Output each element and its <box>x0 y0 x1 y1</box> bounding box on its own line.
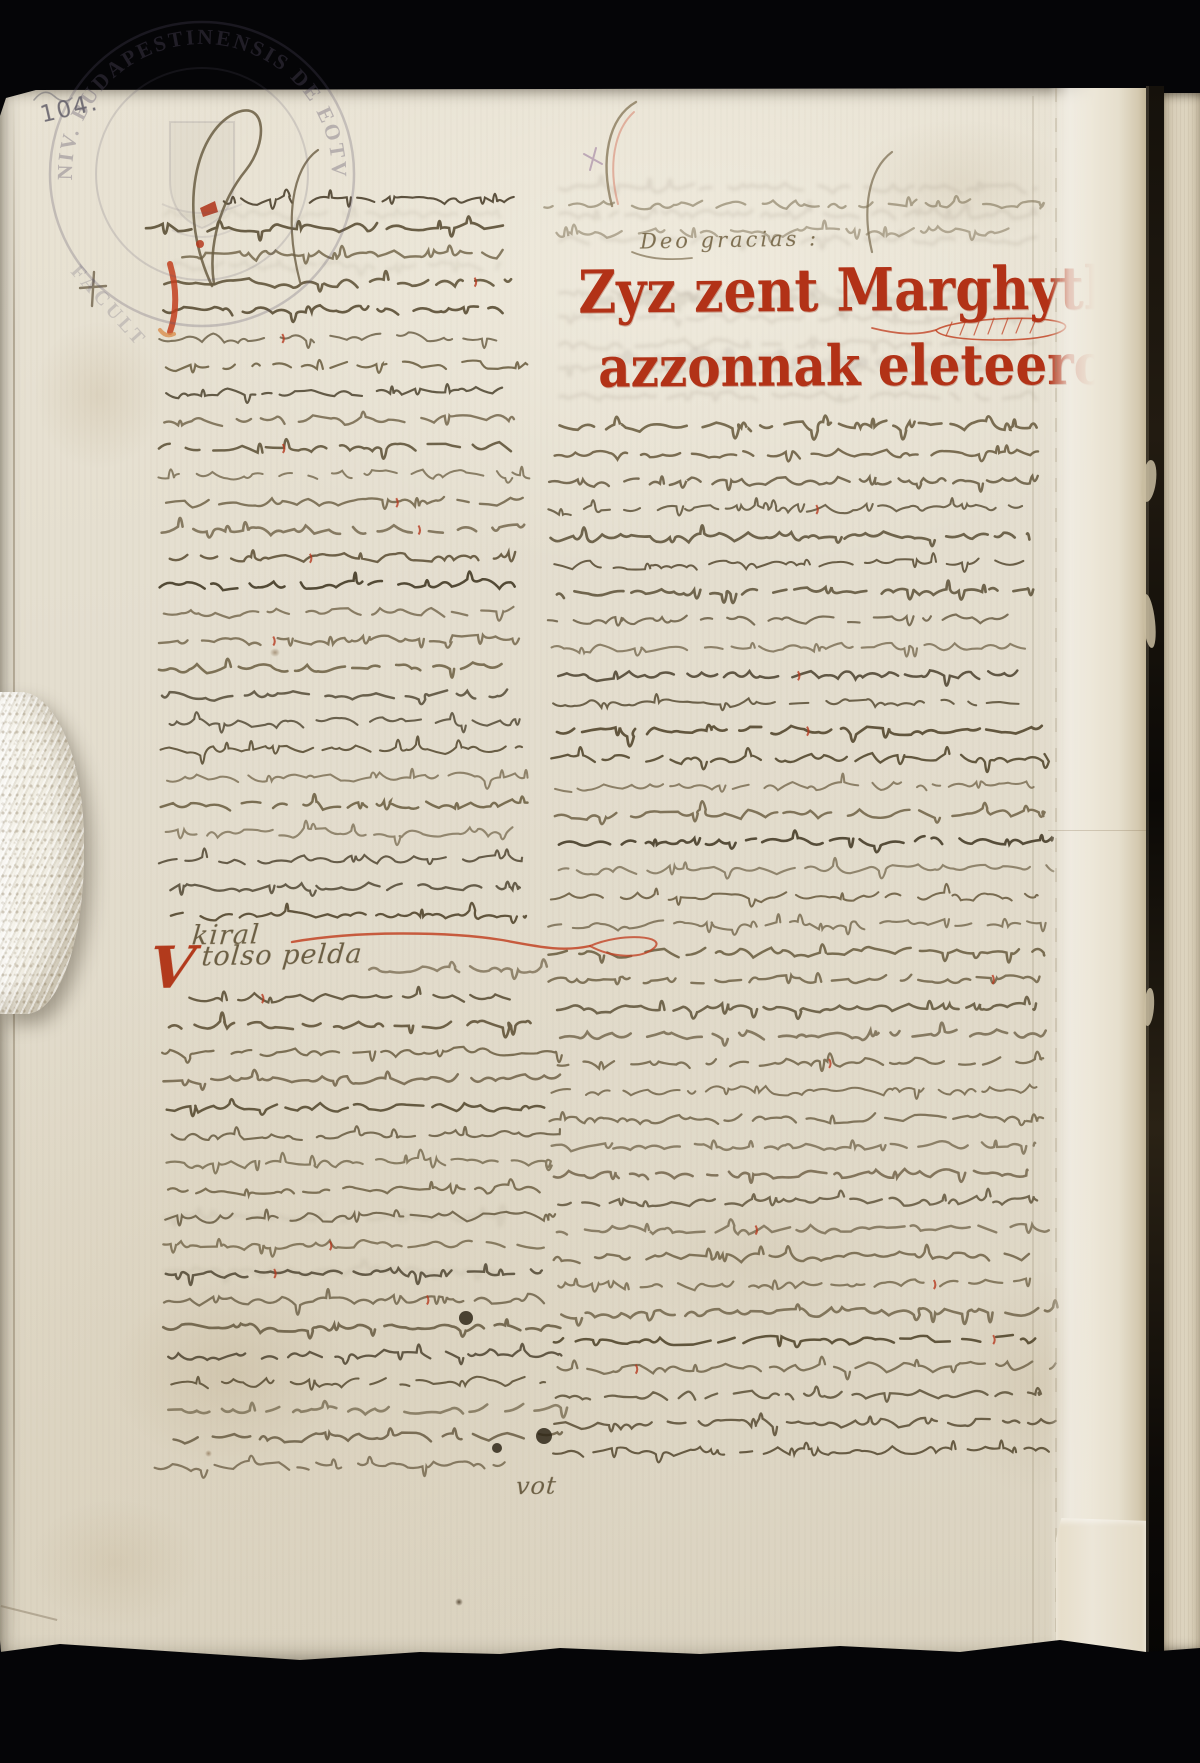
foxing-dot <box>270 648 280 657</box>
stain <box>110 1278 350 1468</box>
stain <box>30 1498 200 1628</box>
photo-bottom-edge <box>0 1640 1200 1763</box>
gutter-fold-strip <box>1048 88 1146 1663</box>
manuscript-photo: kiral Vtolso pelda vot Deo gracias : Zyz… <box>0 0 1200 1763</box>
binding-crease <box>1146 86 1164 1665</box>
corner-fold-line <box>1 1605 58 1621</box>
facing-page-edge <box>1164 93 1200 1655</box>
deo-gracias-invocation: Deo gracias : <box>640 226 820 253</box>
catchword: vot <box>515 1472 558 1501</box>
foxing-dot <box>455 1598 463 1606</box>
stain <box>620 1168 900 1348</box>
foxing-dot <box>205 1450 212 1457</box>
left-column-heading: Vtolso pelda <box>148 938 413 991</box>
stain <box>34 320 164 470</box>
stain <box>850 118 1070 248</box>
vertical-fold-line <box>1032 96 1034 1652</box>
